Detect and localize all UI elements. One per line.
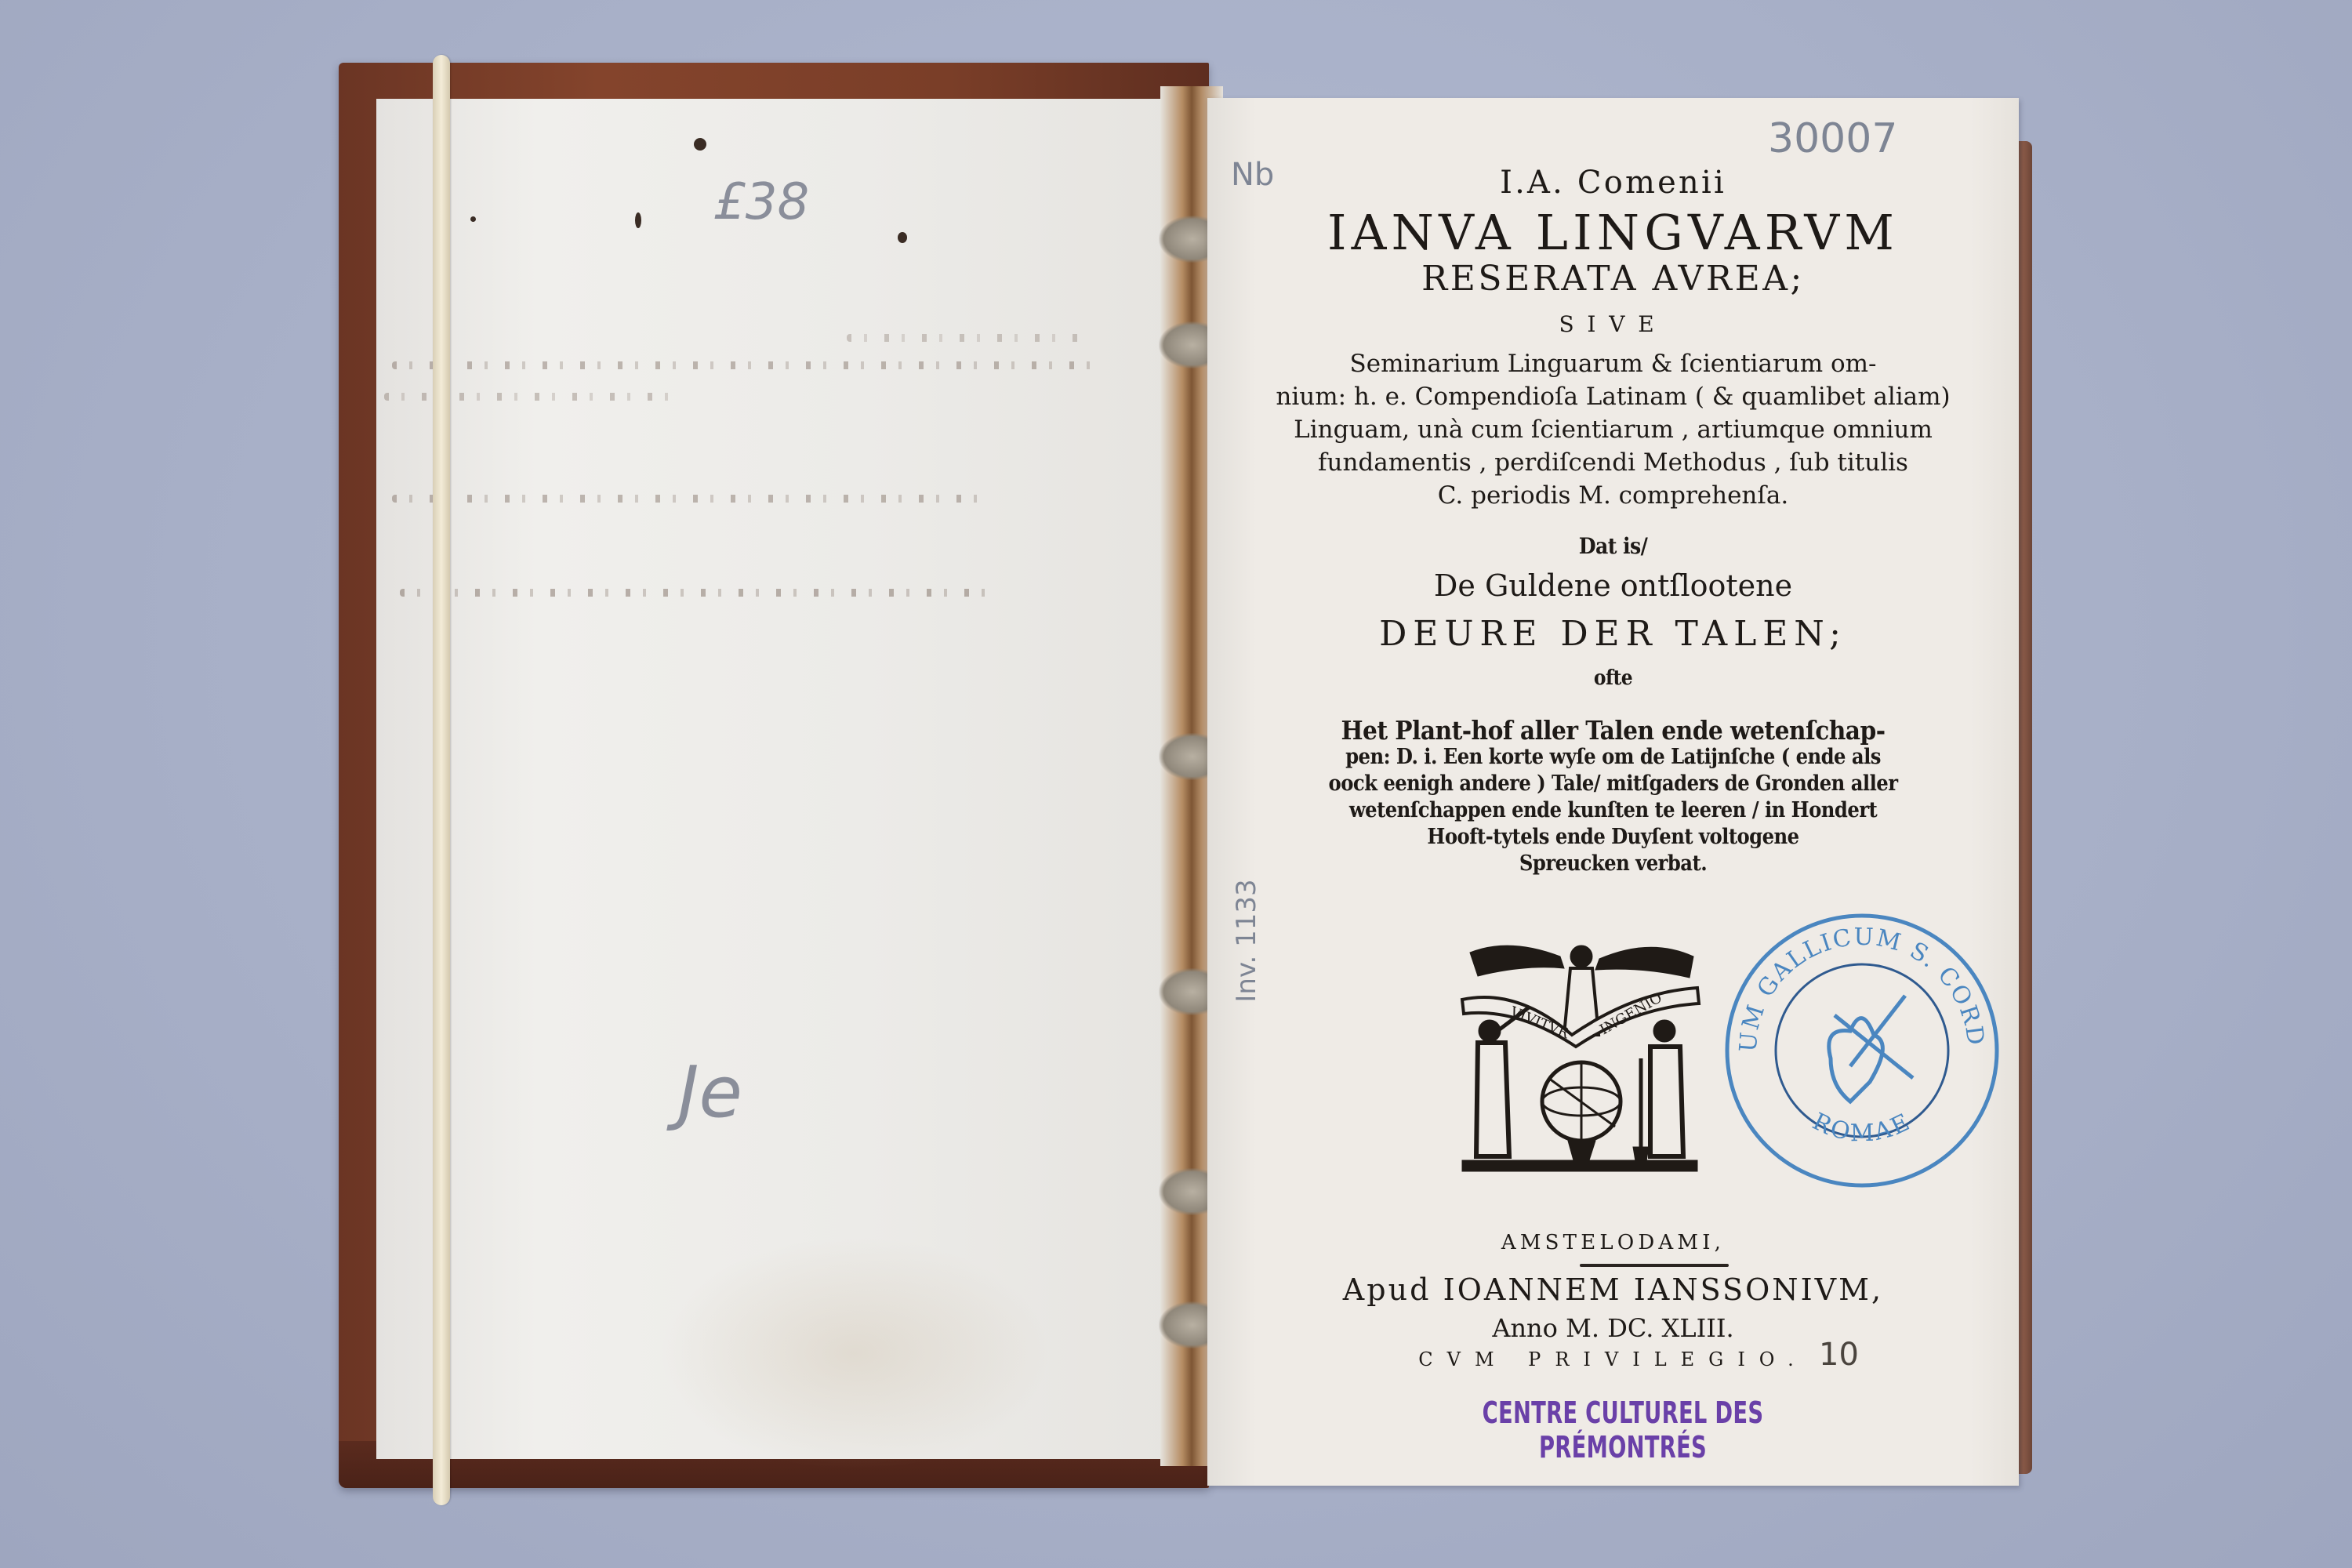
printer-device-woodcut: VIVITVR INGENIO (1454, 921, 1709, 1180)
svg-text:VIVITVR: VIVITVR (1507, 1004, 1571, 1043)
dutch-line: oock eenigh andere ) Tale/ mitſgaders de… (1207, 771, 2019, 797)
left-flyleaf: £38 Je (376, 99, 1184, 1459)
imprint-rule (1580, 1264, 1729, 1267)
latin-line: C. periodis M. comprehenſa. (1207, 479, 2019, 512)
pencil-inventory: Inv. 1133 (1231, 870, 1262, 1011)
latin-line: Linguam, unà cum ſcientiarum , artiumque… (1207, 413, 2019, 446)
ofte: ofte (1207, 666, 2019, 690)
title-page: 30007 Nb Inv. 1133 I.A. Comenii IANVA LI… (1207, 98, 2019, 1486)
imprint-year: Anno M. DC. XLIII. (1207, 1313, 2019, 1343)
elastic-band (433, 55, 450, 1505)
ink-offset-row (847, 334, 1082, 342)
imprint-place: AMSTELODAMI, (1207, 1231, 2019, 1254)
ink-blot (470, 216, 476, 222)
dutch-line: wetenſchappen ende kunſten te leeren / i… (1207, 797, 2019, 824)
ink-blot (635, 212, 641, 228)
pencil-mark-lower: Je (678, 1051, 742, 1134)
imprint-printer: Apud IOANNEM IANSSONIVM, (1207, 1272, 2019, 1307)
title-line-2: RESERATA AVREA; (1207, 259, 2019, 299)
dutch-line: Hooft-tytels ende Duyſent voltogene (1207, 824, 2019, 851)
privilege-line: CVM PRIVILEGIO. (1207, 1348, 2019, 1370)
pencil-after-privilege: 10 (1819, 1337, 1859, 1373)
ink-blot (898, 232, 907, 243)
ink-offset-row (392, 361, 1098, 369)
pencil-number: 30007 (1768, 115, 1897, 162)
dutch-title-line-2: DEURE DER TALEN; (1207, 614, 2019, 654)
dutch-line: pen: D. i. Een korte wyſe om de Latijnſc… (1207, 744, 2019, 771)
ink-offset-row (400, 589, 996, 597)
dutch-line: Spreucken verbat. (1207, 851, 2019, 877)
sive-line: SIVE (1207, 311, 2019, 337)
heart-dagger-emblem (1829, 996, 1913, 1102)
ink-offset-row (384, 393, 682, 401)
latin-line: Seminarium Linguarum & ſcientiarum om- (1207, 347, 2019, 380)
stamp-text-bottom: ROMAE (1808, 1108, 1915, 1147)
author-line: I.A. Comenii (1207, 165, 2019, 201)
ink-blot (694, 138, 706, 151)
svg-text:ROMAE: ROMAE (1808, 1108, 1915, 1147)
dutch-line: Het Plant-hof aller Talen ende wetenſcha… (1207, 717, 2019, 744)
pencil-shelfmark: £38 (713, 173, 809, 231)
paper-stain (659, 1236, 1051, 1471)
ink-offset-row (392, 495, 988, 503)
latin-line: fundamentis , perdiſcendi Methodus , ſub… (1207, 446, 2019, 479)
latin-line: nium: h. e. Compendioſa Latinam ( & quam… (1207, 380, 2019, 413)
dat-is: Dat is/ (1207, 533, 2019, 559)
purple-library-stamp: CENTRE CULTUREL DES PRÉMONTRÉS (1465, 1396, 1780, 1465)
blue-seminary-stamp: SEMINARIUM GALLICUM S. CORDIS MARIAE ROM… (1713, 902, 2011, 1200)
dutch-title-line-1: De Guldene ontſlootene (1207, 568, 2019, 603)
latin-subtitle: Seminarium Linguarum & ſcientiarum om- n… (1207, 347, 2019, 512)
title-line-1: IANVA LINGVARVM (1207, 204, 2019, 261)
dutch-subtitle: Het Plant-hof aller Talen ende wetenſcha… (1207, 717, 2019, 877)
